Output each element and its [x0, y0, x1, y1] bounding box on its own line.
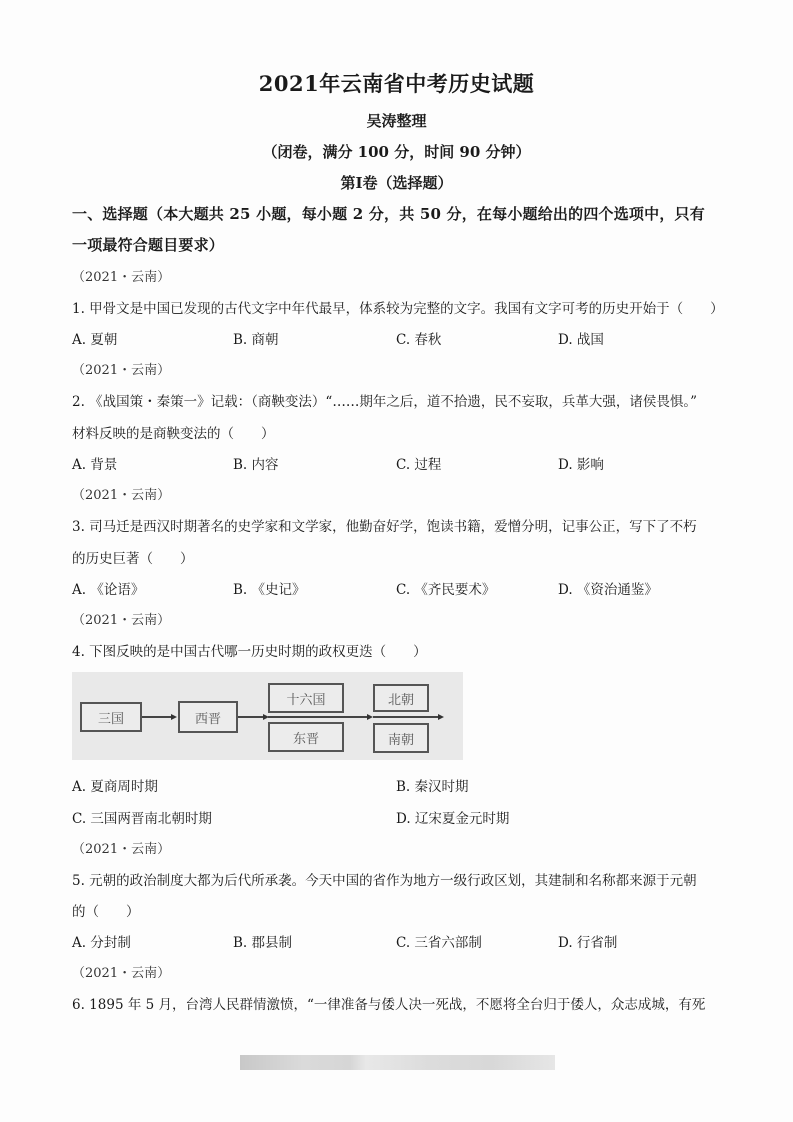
blurred-footer-bar	[240, 1055, 555, 1070]
question-1-text: 1. 甲骨文是中国已发现的古代文字中年代最早，体系较为完整的文字。我国有文字可考…	[72, 297, 724, 317]
q1-option-d: D. 战国	[558, 328, 604, 348]
question-6-text-line1: 6. 1895 年 5 月，台湾人民群情激愤，“一律准备与倭人决一死战，不愿将全…	[72, 993, 705, 1013]
arrow-line	[142, 716, 172, 718]
arrow-line	[373, 716, 439, 718]
question-3-text-line2: 的历史巨著（ ）	[72, 547, 194, 567]
question-5-text-line2: 的（ ）	[72, 900, 140, 920]
question-3-text-line1: 3. 司马迁是西汉时期著名的史学家和文学家，他勤奋好学，饱读书籍，爱憎分明，记事…	[72, 515, 697, 535]
dynasty-succession-diagram: 三国 西晋 十六国 东晋 北朝 南朝	[72, 672, 463, 760]
q4-option-a: A. 夏商周时期	[72, 775, 158, 795]
q5-option-d: D. 行省制	[558, 931, 617, 951]
source-tag: （2021・云南）	[72, 609, 170, 628]
question-2-text-line2: 材料反映的是商鞅变法的（ ）	[72, 422, 275, 442]
q3-option-b: B. 《史记》	[233, 578, 306, 598]
question-5-text-line1: 5. 元朝的政治制度大都为后代所承袭。今天中国的省作为地方一级行政区划，其建制和…	[72, 869, 697, 889]
source-tag: （2021・云南）	[72, 266, 170, 285]
q4-option-b: B. 秦汉时期	[396, 775, 469, 795]
diagram-box-southern-dynasties: 南朝	[373, 723, 429, 753]
arrow-head-icon	[171, 714, 177, 720]
volume-heading: 第Ⅰ卷（选择题）	[0, 172, 793, 193]
q5-option-b: B. 郡县制	[233, 931, 292, 951]
q3-option-a: A. 《论语》	[72, 578, 144, 598]
section-heading-line1: 一、选择题（本大题共 25 小题，每小题 2 分，共 50 分，在每小题给出的四…	[72, 203, 705, 224]
q2-option-b: B. 内容	[233, 453, 279, 473]
source-tag: （2021・云南）	[72, 484, 170, 503]
q5-option-c: C. 三省六部制	[396, 931, 482, 951]
q1-option-a: A. 夏朝	[72, 328, 117, 348]
arrow-line	[238, 716, 264, 718]
q2-option-c: C. 过程	[396, 453, 441, 473]
q1-option-b: B. 商朝	[233, 328, 279, 348]
exam-title: 2021年云南省中考历史试题	[0, 68, 793, 98]
diagram-box-three-kingdoms: 三国	[80, 702, 142, 732]
diagram-box-western-jin: 西晋	[178, 701, 238, 733]
q1-option-c: C. 春秋	[396, 328, 441, 348]
author-line: 吴涛整理	[0, 110, 793, 131]
q2-option-d: D. 影响	[558, 453, 604, 473]
exam-page: 2021年云南省中考历史试题 吴涛整理 （闭卷，满分 100 分，时间 90 分…	[0, 0, 793, 1122]
source-tag: （2021・云南）	[72, 359, 170, 378]
question-4-text: 4. 下图反映的是中国古代哪一历史时期的政权更迭（ ）	[72, 640, 427, 660]
source-tag: （2021・云南）	[72, 838, 170, 857]
question-2-text-line1: 2. 《战国策・秦策一》记载：（商鞅变法）“……期年之后，道不拾遗，民不妄取，兵…	[72, 390, 697, 410]
q4-option-d: D. 辽宋夏金元时期	[396, 807, 509, 827]
diagram-box-eastern-jin: 东晋	[268, 722, 344, 752]
q5-option-a: A. 分封制	[72, 931, 131, 951]
source-tag: （2021・云南）	[72, 962, 170, 981]
diagram-box-northern-dynasties: 北朝	[373, 684, 429, 712]
q4-option-c: C. 三国两晋南北朝时期	[72, 807, 212, 827]
q3-option-d: D. 《资治通鉴》	[558, 578, 658, 598]
q2-option-a: A. 背景	[72, 453, 117, 473]
q3-option-c: C. 《齐民要术》	[396, 578, 495, 598]
exam-note: （闭卷，满分 100 分，时间 90 分钟）	[0, 141, 793, 162]
arrow-line	[268, 716, 368, 718]
section-heading-line2: 一项最符合题目要求）	[72, 234, 224, 255]
diagram-box-sixteen-kingdoms: 十六国	[268, 683, 344, 713]
arrow-head-icon	[438, 714, 444, 720]
